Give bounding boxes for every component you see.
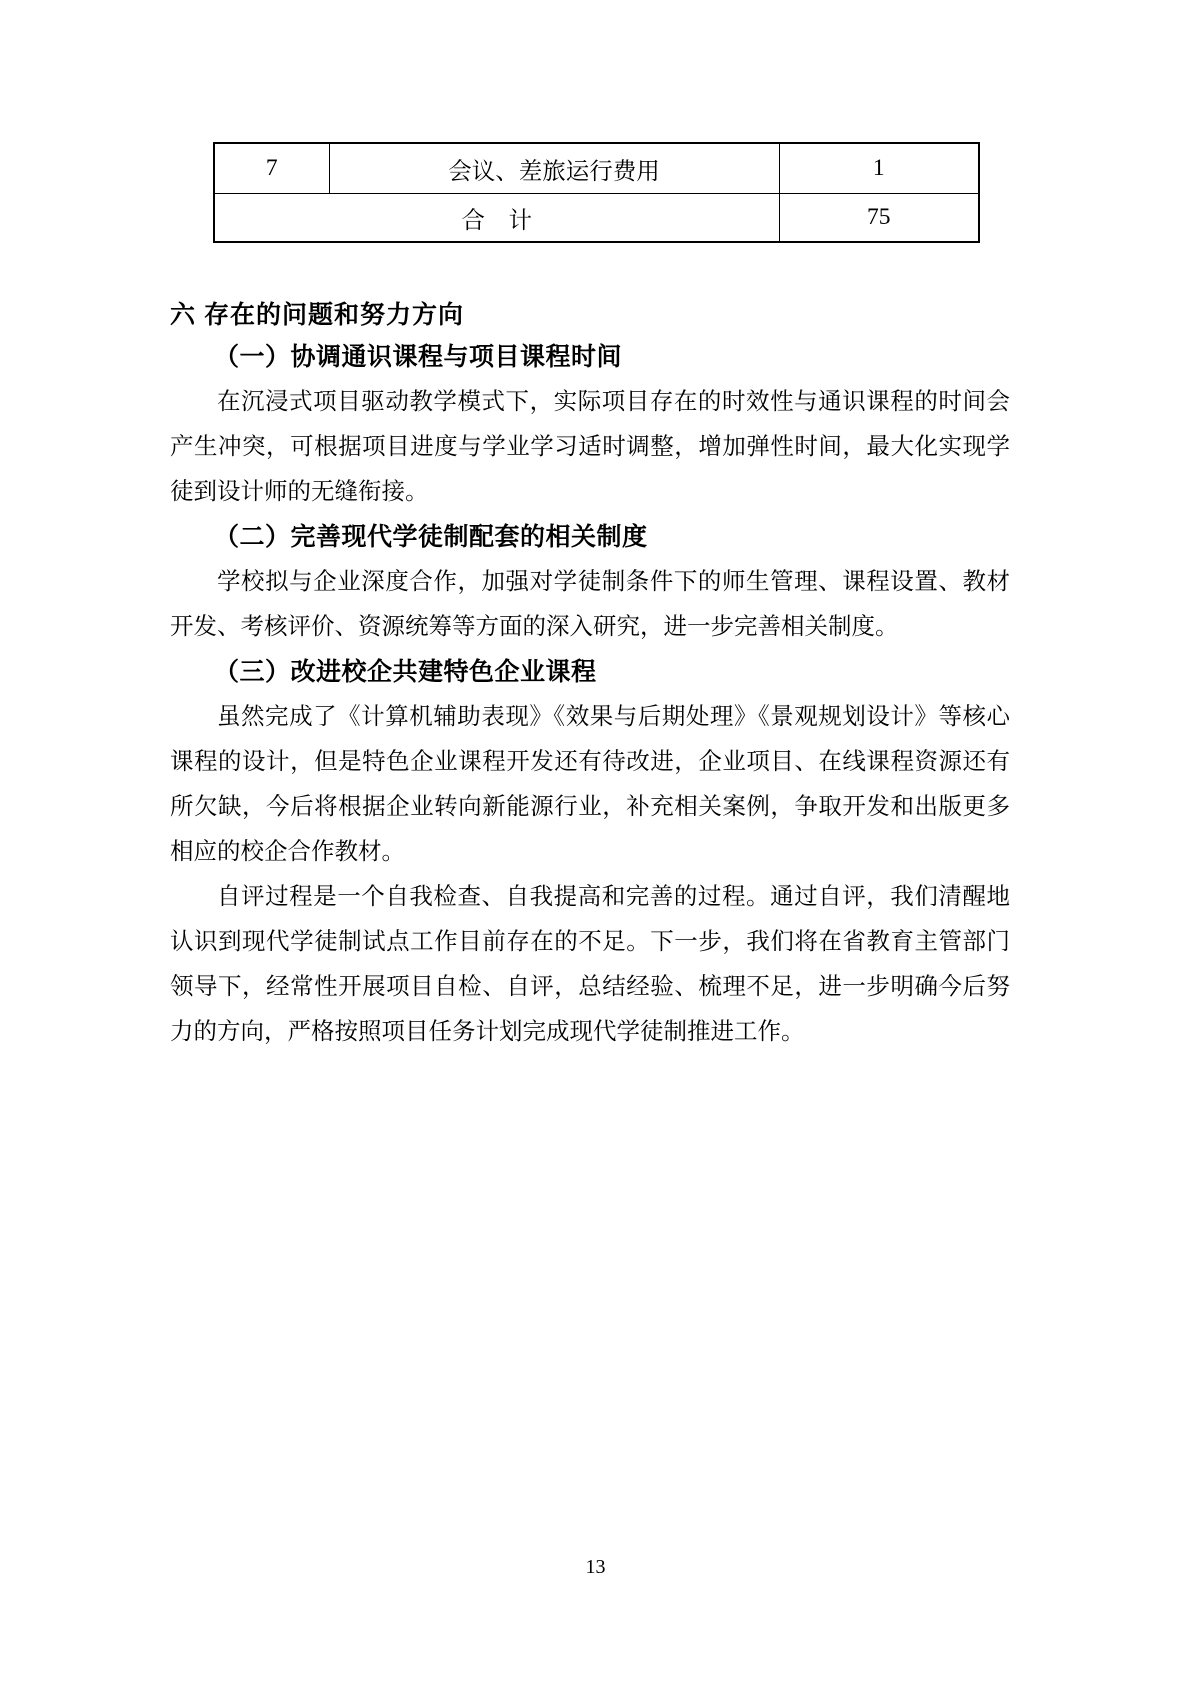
paragraph: 虽然完成了《计算机辅助表现》《效果与后期处理》《景观规划设计》等核心课程的设计，… bbox=[170, 695, 1010, 875]
expense-value-cell: 1 bbox=[779, 143, 979, 194]
subsection-2-title: （二）完善现代学徒制配套的相关制度 bbox=[170, 515, 1010, 560]
total-row: 合 计 75 bbox=[214, 194, 979, 243]
table-row: 7 会议、差旅运行费用 1 bbox=[214, 143, 979, 194]
document-content: 7 会议、差旅运行费用 1 合 计 75 六 存在的问题和努力方向 （一）协调通… bbox=[170, 142, 1010, 1055]
page-number: 13 bbox=[0, 1556, 1191, 1579]
subsection-1: （一）协调通识课程与项目课程时间 在沉浸式项目驱动教学模式下，实际项目存在的时效… bbox=[170, 335, 1010, 515]
row-number-cell: 7 bbox=[214, 143, 329, 194]
total-label-cell: 合 计 bbox=[214, 194, 779, 243]
paragraph: 自评过程是一个自我检查、自我提高和完善的过程。通过自评，我们清醒地认识到现代学徒… bbox=[170, 875, 1010, 1055]
paragraph: 学校拟与企业深度合作，加强对学徒制条件下的师生管理、课程设置、教材开发、考核评价… bbox=[170, 560, 1010, 650]
paragraph: 在沉浸式项目驱动教学模式下，实际项目存在的时效性与通识课程的时间会产生冲突，可根… bbox=[170, 380, 1010, 515]
expense-item-cell: 会议、差旅运行费用 bbox=[329, 143, 779, 194]
subsection-3: （三）改进校企共建特色企业课程 虽然完成了《计算机辅助表现》《效果与后期处理》《… bbox=[170, 650, 1010, 1055]
expense-table: 7 会议、差旅运行费用 1 合 计 75 bbox=[213, 142, 980, 243]
section-heading: 六 存在的问题和努力方向 bbox=[170, 295, 1010, 335]
subsection-3-title: （三）改进校企共建特色企业课程 bbox=[170, 650, 1010, 695]
total-value-cell: 75 bbox=[779, 194, 979, 243]
subsection-2: （二）完善现代学徒制配套的相关制度 学校拟与企业深度合作，加强对学徒制条件下的师… bbox=[170, 515, 1010, 650]
document-page: 7 会议、差旅运行费用 1 合 计 75 六 存在的问题和努力方向 （一）协调通… bbox=[0, 0, 1191, 1684]
subsection-1-title: （一）协调通识课程与项目课程时间 bbox=[170, 335, 1010, 380]
